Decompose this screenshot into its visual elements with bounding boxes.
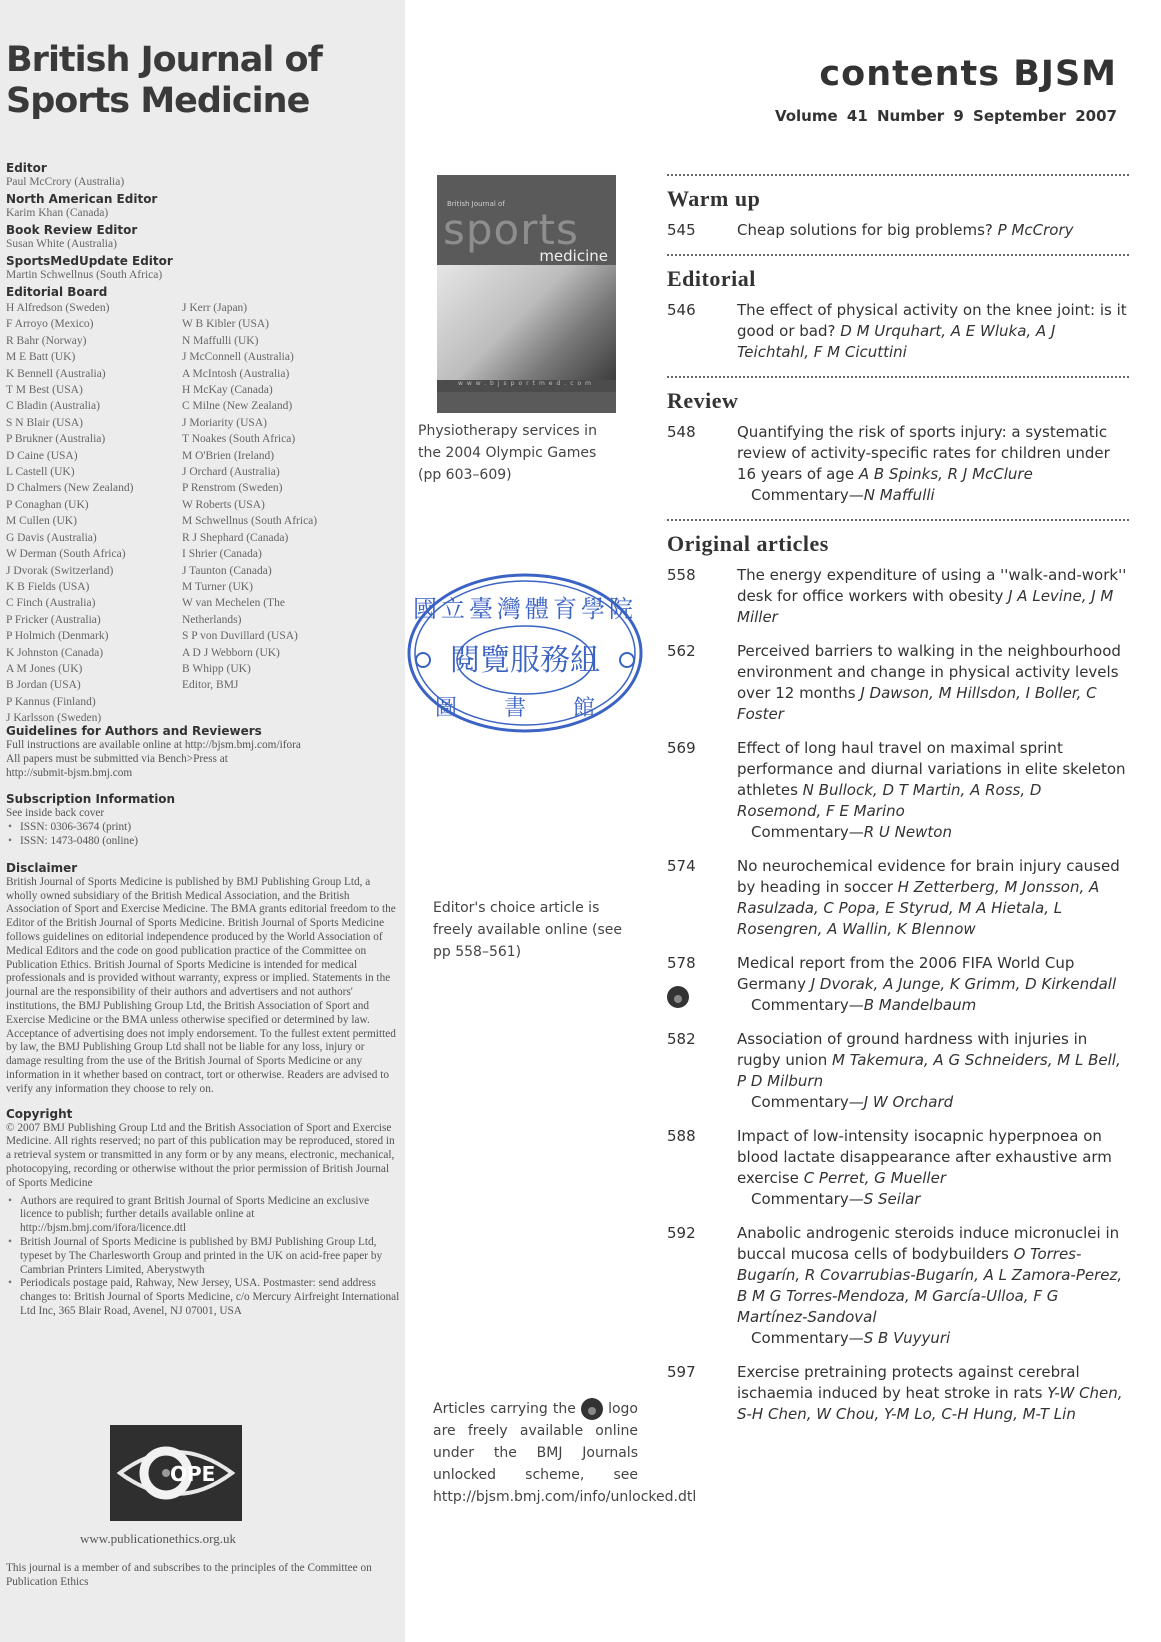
section-divider — [667, 254, 1129, 256]
board-member: P Conaghan (UK) — [6, 497, 133, 513]
page-number: 562 — [667, 641, 737, 725]
board-member: M Cullen (UK) — [6, 513, 133, 529]
board-member: D Chalmers (New Zealand) — [6, 480, 133, 496]
article-authors: P McCrory — [998, 221, 1074, 239]
section-heading: Review — [667, 388, 1129, 414]
role-heading: Book Review Editor — [6, 223, 401, 238]
entry-body: Effect of long haul travel on maximal sp… — [737, 738, 1129, 843]
board-member: P Brukner (Australia) — [6, 431, 133, 447]
cover-caption: Physiotherapy services in the 2004 Olymp… — [418, 420, 618, 486]
board-member: J Karlsson (Sweden) — [6, 710, 133, 726]
svg-text:閱覽服務組: 閱覽服務組 — [450, 643, 600, 678]
page-number-text: 558 — [667, 565, 737, 586]
entry-body: Cheap solutions for big problems? P McCr… — [737, 220, 1129, 241]
section-heading: Original articles — [667, 531, 1129, 557]
section-divider — [667, 376, 1129, 378]
board-member: W van Mechelen (The — [182, 595, 317, 611]
page-number: 545 — [667, 220, 737, 241]
section-divider — [667, 519, 1129, 521]
entry-body: Quantifying the risk of sports injury: a… — [737, 422, 1129, 506]
table-of-contents: Warm up545Cheap solutions for big proble… — [667, 168, 1129, 1438]
role-heading: SportsMedUpdate Editor — [6, 254, 401, 269]
page-number-text: 548 — [667, 422, 737, 443]
board-member: B Jordan (USA) — [6, 677, 133, 693]
toc-entry[interactable]: 546The effect of physical activity on th… — [667, 300, 1129, 363]
board-member: P Renstrom (Sweden) — [182, 480, 317, 496]
editorial-board: H Alfredson (Sweden)F Arroyo (Mexico)R B… — [6, 300, 401, 680]
board-member: W B Kibler (USA) — [182, 316, 317, 332]
page-number-text: 578 — [667, 953, 737, 974]
page-number: 558 — [667, 565, 737, 628]
editor-roles: EditorPaul McCrory (Australia)North Amer… — [6, 161, 401, 282]
section-heading: Warm up — [667, 186, 1129, 212]
toc-entry[interactable]: 562Perceived barriers to walking in the … — [667, 641, 1129, 725]
commentary-label: Commentary— — [751, 996, 864, 1014]
toc-section: Review548Quantifying the risk of sports … — [667, 376, 1129, 506]
board-member: M E Batt (UK) — [6, 349, 133, 365]
board-member: P Kannus (Finland) — [6, 694, 133, 710]
page-number: 597 — [667, 1362, 737, 1425]
journal-title: British Journal of Sports Medicine — [6, 40, 322, 122]
journal-title-line1: British Journal of — [6, 40, 322, 81]
contents-title: contents BJSM — [819, 54, 1117, 94]
page-number: 588 — [667, 1126, 737, 1210]
section-divider — [667, 174, 1129, 176]
journal-title-line2: Sports Medicine — [6, 81, 322, 122]
page-number: 582 — [667, 1029, 737, 1113]
board-member: J McConnell (Australia) — [182, 349, 317, 365]
toc-entry[interactable]: 597Exercise pretraining protects against… — [667, 1362, 1129, 1425]
board-member: W Roberts (USA) — [182, 497, 317, 513]
entry-body: The energy expenditure of using a ''walk… — [737, 565, 1129, 628]
board-member: P Holmich (Denmark) — [6, 628, 133, 644]
unlocked-note: Articles carrying the logo are freely av… — [433, 1398, 638, 1508]
page-number: 569 — [667, 738, 737, 843]
commentary-line: Commentary—J W Orchard — [737, 1092, 1129, 1113]
board-member: M Schwellnus (South Africa) — [182, 513, 317, 529]
page-number-text: 562 — [667, 641, 737, 662]
svg-text:OPE: OPE — [170, 1462, 215, 1486]
entry-body: Anabolic androgenic steroids induce micr… — [737, 1223, 1129, 1349]
article-authors: A B Spinks, R J McClure — [859, 465, 1033, 483]
disclaimer-text: British Journal of Sports Medicine is pu… — [6, 876, 401, 1097]
editorial-board-heading: Editorial Board — [6, 285, 401, 300]
toc-entry[interactable]: 582Association of ground hardness with i… — [667, 1029, 1129, 1113]
copyright-bullet: Authors are required to grant British Jo… — [20, 1195, 401, 1236]
board-member: M Turner (UK) — [182, 579, 317, 595]
board-member: H McKay (Canada) — [182, 382, 317, 398]
board-member: C Bladin (Australia) — [6, 398, 133, 414]
board-member: T M Best (USA) — [6, 382, 133, 398]
page-number: 548 — [667, 422, 737, 506]
board-member: J Dvorak (Switzerland) — [6, 563, 133, 579]
toc-entry[interactable]: 569Effect of long haul travel on maximal… — [667, 738, 1129, 843]
board-member: S P von Duvillard (USA) — [182, 628, 317, 644]
issn-item: ISSN: 0306-3674 (print) — [20, 821, 401, 835]
board-member: A D J Webborn (UK) — [182, 645, 317, 661]
commentary-author: J W Orchard — [864, 1093, 953, 1111]
copyright-bullet: British Journal of Sports Medicine is pu… — [20, 1236, 401, 1277]
copyright-text: © 2007 BMJ Publishing Group Ltd and the … — [6, 1122, 401, 1191]
page-number: 574 — [667, 856, 737, 940]
board-member: A M Jones (UK) — [6, 661, 133, 677]
issn-list: ISSN: 0306-3674 (print)ISSN: 1473-0480 (… — [6, 821, 401, 849]
unlocked-note-prefix: Articles carrying the — [433, 1401, 576, 1417]
board-member: P Fricker (Australia) — [6, 612, 133, 628]
page-number-text: 569 — [667, 738, 737, 759]
commentary-line: Commentary—R U Newton — [737, 822, 1129, 843]
commentary-author: S Seilar — [864, 1190, 921, 1208]
page-number-text: 582 — [667, 1029, 737, 1050]
toc-section: Warm up545Cheap solutions for big proble… — [667, 174, 1129, 241]
entry-body: Medical report from the 2006 FIFA World … — [737, 953, 1129, 1016]
role-value: Martin Schwellnus (South Africa) — [6, 269, 401, 282]
subscription-heading: Subscription Information — [6, 792, 401, 807]
disclaimer-heading: Disclaimer — [6, 861, 401, 876]
board-member: M O'Brien (Ireland) — [182, 448, 317, 464]
guidelines-line: All papers must be submitted via Bench>P… — [6, 753, 401, 767]
entry-body: Exercise pretraining protects against ce… — [737, 1362, 1129, 1425]
commentary-label: Commentary— — [751, 486, 864, 504]
board-member: K B Fields (USA) — [6, 579, 133, 595]
cover-url: www.bjsportmed.com — [437, 380, 616, 392]
commentary-line: Commentary—S B Vuyyuri — [737, 1328, 1129, 1349]
guidelines-line: Full instructions are available online a… — [6, 739, 401, 753]
subscription-note: See inside back cover — [6, 807, 401, 821]
board-member: R Bahr (Norway) — [6, 333, 133, 349]
editors-choice-note: Editor's choice article is freely availa… — [433, 897, 623, 963]
role-value: Karim Khan (Canada) — [6, 207, 401, 220]
board-member: F Arroyo (Mexico) — [6, 316, 133, 332]
board-member: C Finch (Australia) — [6, 595, 133, 611]
commentary-line: Commentary—B Mandelbaum — [737, 995, 1129, 1016]
board-member: D Caine (USA) — [6, 448, 133, 464]
commentary-label: Commentary— — [751, 1190, 864, 1208]
toc-entry[interactable]: 588Impact of low-intensity isocapnic hyp… — [667, 1126, 1129, 1210]
entry-body: Perceived barriers to walking in the nei… — [737, 641, 1129, 725]
entry-body: No neurochemical evidence for brain inju… — [737, 856, 1129, 940]
page-number-text: 592 — [667, 1223, 737, 1244]
board-member: J Moriarity (USA) — [182, 415, 317, 431]
page-number: 546 — [667, 300, 737, 363]
commentary-line: Commentary—S Seilar — [737, 1189, 1129, 1210]
svg-text:國立臺灣體育學院: 國立臺灣體育學院 — [413, 595, 637, 623]
toc-entry[interactable]: 545Cheap solutions for big problems? P M… — [667, 220, 1129, 241]
board-column-2: J Kerr (Japan)W B Kibler (USA)N Maffulli… — [182, 300, 317, 694]
unlocked-logo-icon — [581, 1398, 603, 1420]
article-title: Exercise pretraining protects against ce… — [737, 1363, 1080, 1402]
page-number: 578 — [667, 953, 737, 1016]
cover-medicine-word: medicine — [539, 247, 608, 265]
cope-url[interactable]: www.publicationethics.org.uk — [80, 1531, 236, 1547]
commentary-label: Commentary— — [751, 1093, 864, 1111]
library-stamp: 國立臺灣體育學院 閱覽服務組 圖 書 館 — [403, 565, 648, 735]
board-member: K Bennell (Australia) — [6, 366, 133, 382]
page-number-text: 574 — [667, 856, 737, 877]
board-member: J Taunton (Canada) — [182, 563, 317, 579]
cope-eye-icon: OPE — [110, 1425, 242, 1521]
commentary-author: R U Newton — [864, 823, 952, 841]
issn-item: ISSN: 1473-0480 (online) — [20, 835, 401, 849]
cover-image: British Journal of sports medicine www.b… — [437, 175, 616, 413]
guidelines-line: http://submit-bjsm.bmj.com — [6, 767, 401, 781]
toc-entry[interactable]: 574No neurochemical evidence for brain i… — [667, 856, 1129, 940]
board-column-1: H Alfredson (Sweden)F Arroyo (Mexico)R B… — [6, 300, 133, 727]
page-number-text: 545 — [667, 220, 737, 241]
toc-section: Editorial546The effect of physical activ… — [667, 254, 1129, 363]
commentary-author: B Mandelbaum — [864, 996, 976, 1014]
issue-info: Volume 41 Number 9 September 2007 — [775, 107, 1117, 125]
article-title: Cheap solutions for big problems? — [737, 221, 998, 239]
svg-text:圖 書 館: 圖 書 館 — [435, 696, 615, 721]
board-member: T Noakes (South Africa) — [182, 431, 317, 447]
board-member: G Davis (Australia) — [6, 530, 133, 546]
toc-entry[interactable]: 558The energy expenditure of using a ''w… — [667, 565, 1129, 628]
board-member: L Castell (UK) — [6, 464, 133, 480]
board-member: I Shrier (Canada) — [182, 546, 317, 562]
commentary-label: Commentary— — [751, 823, 864, 841]
toc-entry[interactable]: 548Quantifying the risk of sports injury… — [667, 422, 1129, 506]
page-number-text: 597 — [667, 1362, 737, 1383]
board-member: N Maffulli (UK) — [182, 333, 317, 349]
guidelines-text: Full instructions are available online a… — [6, 739, 401, 780]
board-member: W Derman (South Africa) — [6, 546, 133, 562]
unlocked-lock-icon — [667, 986, 689, 1008]
board-member: A McIntosh (Australia) — [182, 366, 317, 382]
article-authors: C Perret, G Mueller — [804, 1169, 946, 1187]
entry-body: Association of ground hardness with inju… — [737, 1029, 1129, 1113]
cover-photo — [437, 265, 616, 380]
board-member: J Orchard (Australia) — [182, 464, 317, 480]
commentary-line: Commentary—N Maffulli — [737, 485, 1129, 506]
page-number: 592 — [667, 1223, 737, 1349]
board-member: S N Blair (USA) — [6, 415, 133, 431]
cope-logo: OPE — [110, 1425, 242, 1521]
copyright-heading: Copyright — [6, 1107, 401, 1122]
commentary-label: Commentary— — [751, 1329, 864, 1347]
copyright-bullet: Periodicals postage paid, Rahway, New Je… — [20, 1277, 401, 1318]
role-value: Paul McCrory (Australia) — [6, 176, 401, 189]
board-member: R J Shephard (Canada) — [182, 530, 317, 546]
role-heading: Editor — [6, 161, 401, 176]
board-member: B Whipp (UK) — [182, 661, 317, 677]
cope-note: This journal is a member of and subscrib… — [6, 1561, 396, 1589]
board-member: Netherlands) — [182, 612, 317, 628]
board-member: H Alfredson (Sweden) — [6, 300, 133, 316]
toc-entry[interactable]: 578Medical report from the 2006 FIFA Wor… — [667, 953, 1129, 1016]
masthead-details: EditorPaul McCrory (Australia)North Amer… — [6, 158, 401, 1319]
entry-body: Impact of low-intensity isocapnic hyperp… — [737, 1126, 1129, 1210]
commentary-author: S B Vuyyuri — [864, 1329, 950, 1347]
toc-entry[interactable]: 592Anabolic androgenic steroids induce m… — [667, 1223, 1129, 1349]
section-heading: Editorial — [667, 266, 1129, 292]
toc-section: Original articles558The energy expenditu… — [667, 519, 1129, 1425]
article-authors: J Dvorak, A Junge, K Grimm, D Kirkendall — [811, 975, 1116, 993]
copyright-bullets: Authors are required to grant British Jo… — [6, 1195, 401, 1319]
board-member: K Johnston (Canada) — [6, 645, 133, 661]
page-number-text: 588 — [667, 1126, 737, 1147]
masthead-panel: British Journal of Sports Medicine Edito… — [0, 0, 405, 1642]
commentary-author: N Maffulli — [864, 486, 935, 504]
board-member: J Kerr (Japan) — [182, 300, 317, 316]
entry-body: The effect of physical activity on the k… — [737, 300, 1129, 363]
role-value: Susan White (Australia) — [6, 238, 401, 251]
role-heading: North American Editor — [6, 192, 401, 207]
board-member: Editor, BMJ — [182, 677, 317, 693]
page-number-text: 546 — [667, 300, 737, 321]
board-member: C Milne (New Zealand) — [182, 398, 317, 414]
